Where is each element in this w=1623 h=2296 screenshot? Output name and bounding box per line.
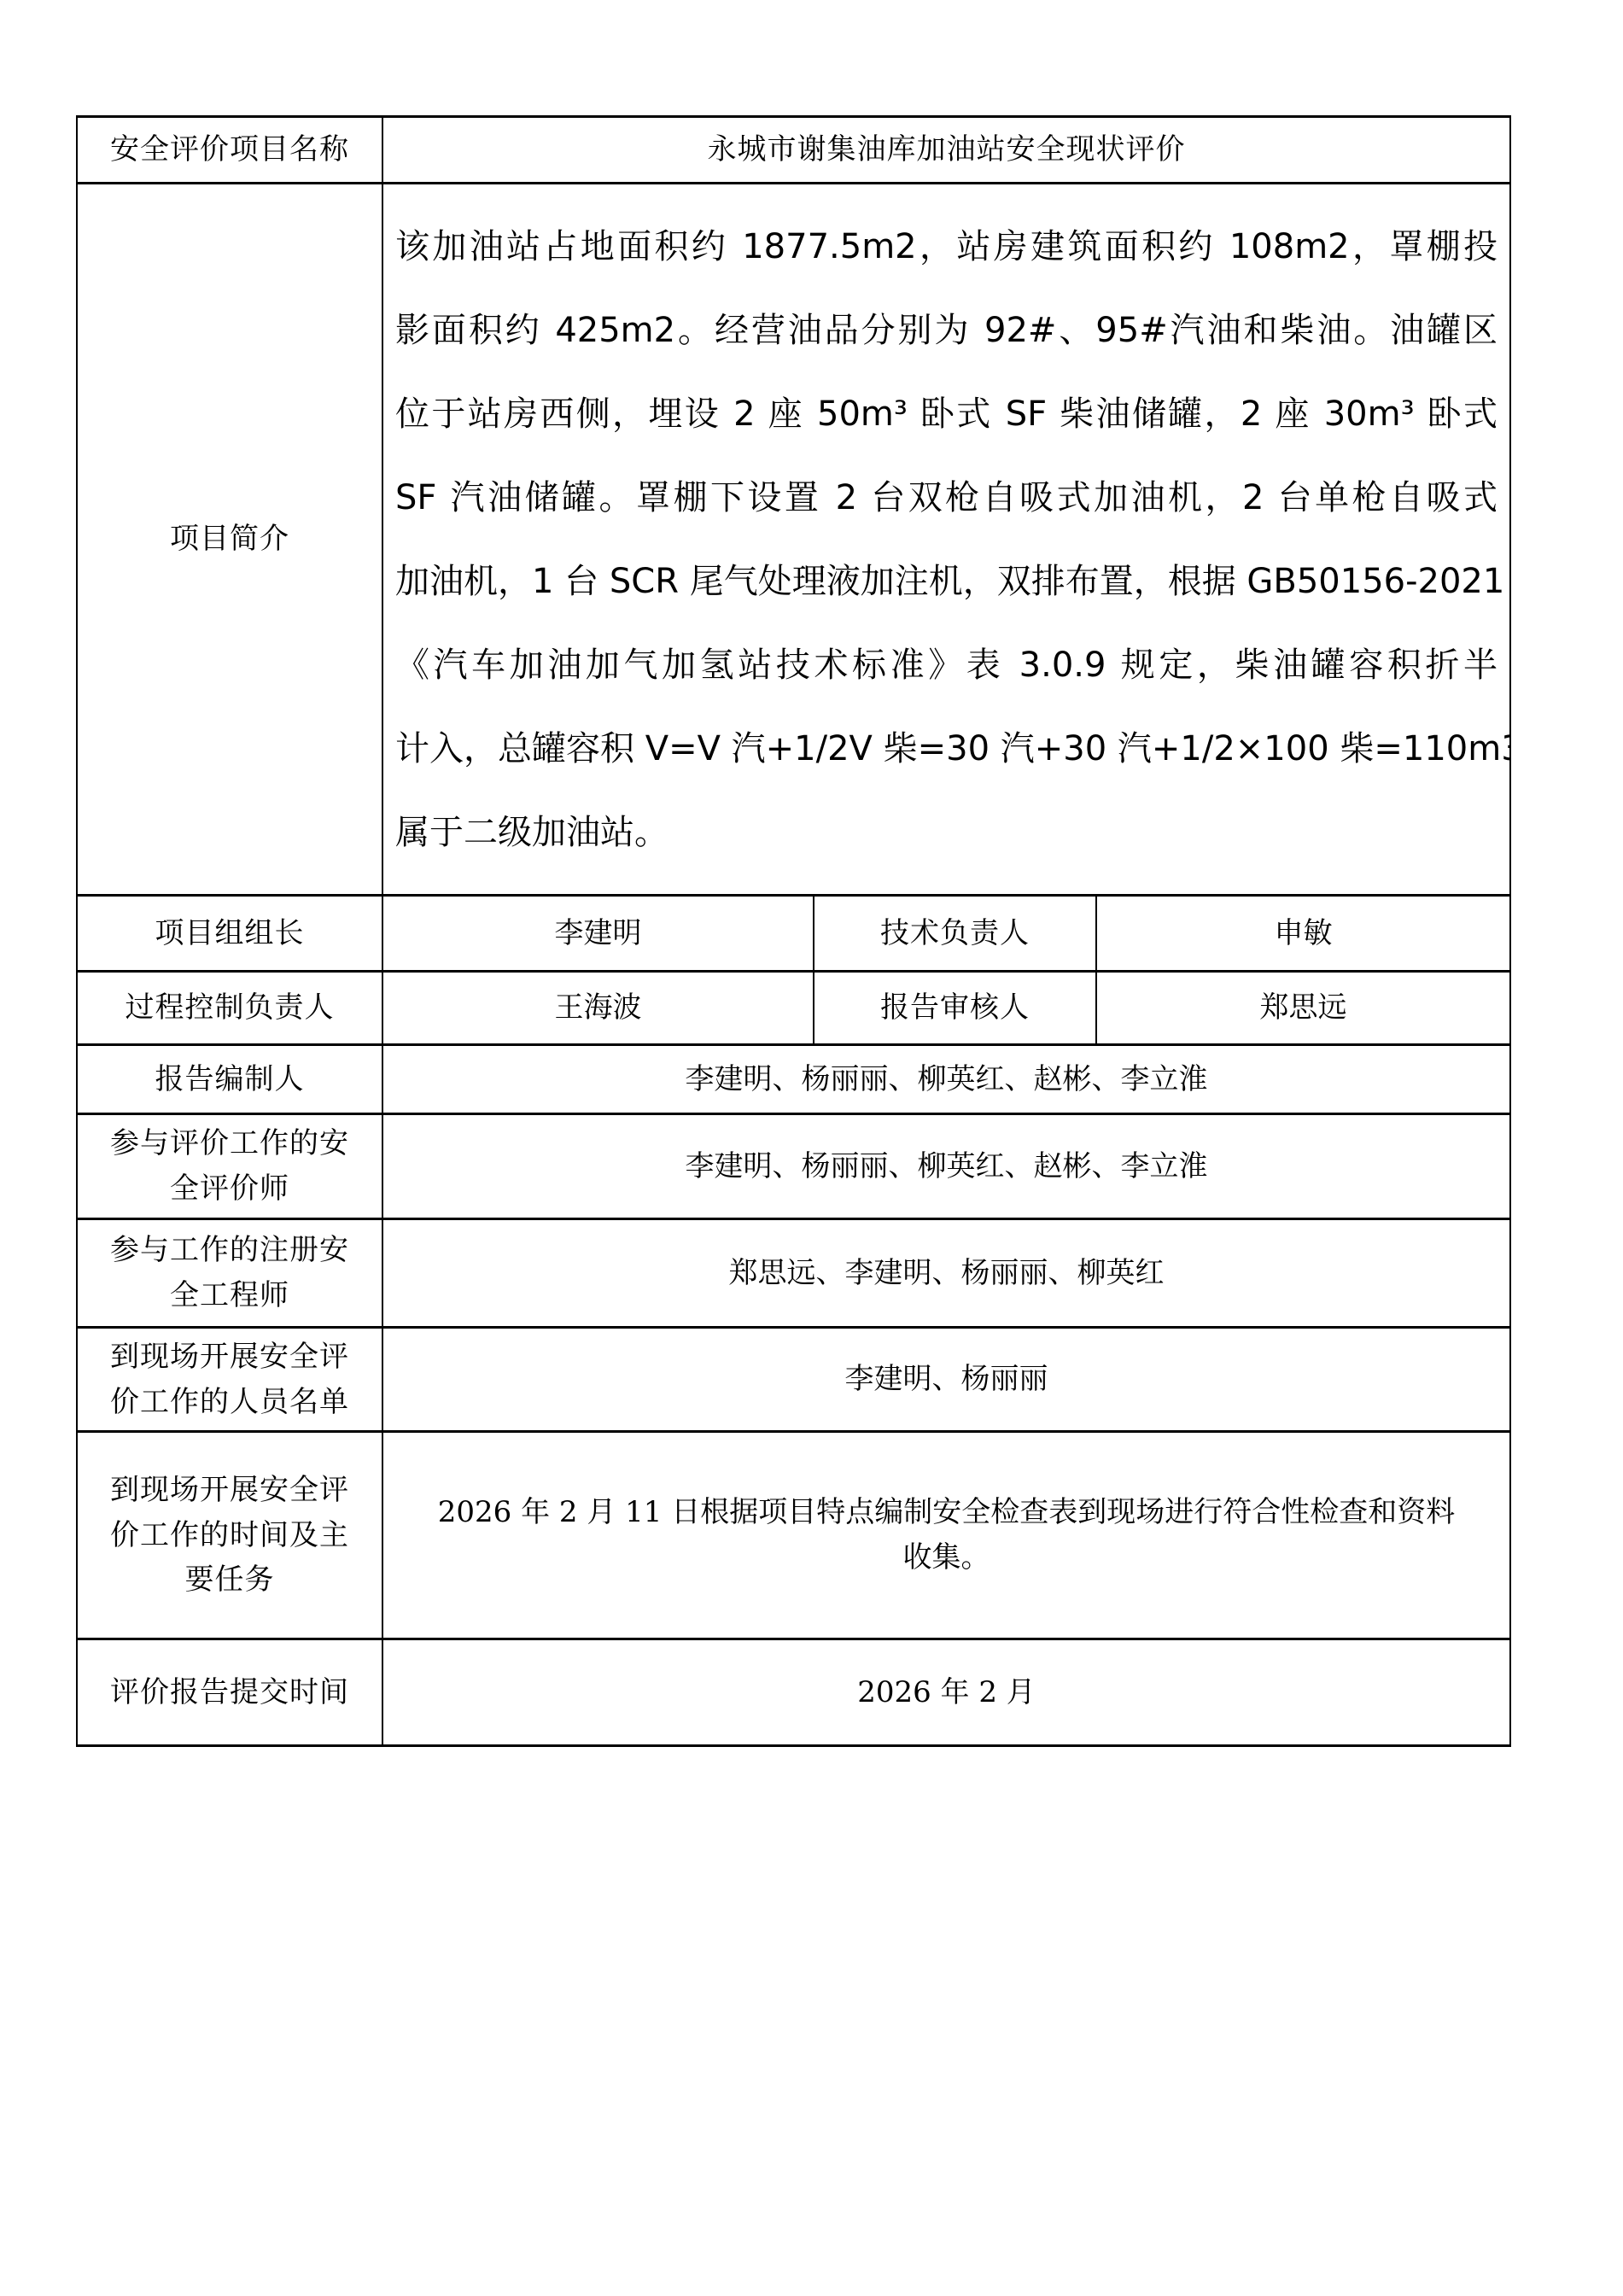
report-reviewer-value: 郑思远	[1096, 972, 1510, 1045]
table-row-project-intro: 项目简介 该加油站占地面积约 1877.5m2，站房建筑面积约 108m2，罩棚…	[77, 184, 1510, 896]
tech-lead-value: 申敏	[1096, 896, 1510, 972]
table-row-safety-evaluators: 参与评价工作的安 全评价师 李建明、杨丽丽、柳英红、赵彬、李立淮	[77, 1114, 1510, 1219]
project-name-label: 安全评价项目名称	[77, 117, 382, 184]
project-intro-cell: 该加油站占地面积约 1877.5m2，站房建筑面积约 108m2，罩棚投影面积约…	[382, 184, 1510, 896]
table-row-site-personnel: 到现场开展安全评 价工作的人员名单 李建明、杨丽丽	[77, 1328, 1510, 1432]
project-intro-line: SF 汽油储罐。罩棚下设置 2 台双枪自吸式加油机，2 台单枪自吸式	[395, 456, 1497, 540]
site-schedule-label: 到现场开展安全评 价工作的时间及主 要任务	[77, 1432, 382, 1639]
table-row-process-review: 过程控制负责人 王海波 报告审核人 郑思远	[77, 972, 1510, 1045]
report-writers-value: 李建明、杨丽丽、柳英红、赵彬、李立淮	[382, 1045, 1510, 1114]
project-intro-line: 该加油站占地面积约 1877.5m2，站房建筑面积约 108m2，罩棚投	[395, 205, 1497, 289]
project-intro-line: 属于二级加油站。	[395, 791, 1497, 874]
table-row-team-leads: 项目组组长 李建明 技术负责人 申敏	[77, 896, 1510, 972]
project-intro-label: 项目简介	[77, 184, 382, 896]
process-control-label: 过程控制负责人	[77, 972, 382, 1045]
project-intro-text: 该加油站占地面积约 1877.5m2，站房建筑面积约 108m2，罩棚投影面积约…	[395, 205, 1497, 874]
safety-evaluators-value: 李建明、杨丽丽、柳英红、赵彬、李立淮	[382, 1114, 1510, 1219]
table-row-site-schedule: 到现场开展安全评 价工作的时间及主 要任务 2026 年 2 月 11 日根据项…	[77, 1432, 1510, 1639]
submission-time-label: 评价报告提交时间	[77, 1639, 382, 1746]
report-writers-label: 报告编制人	[77, 1045, 382, 1114]
project-intro-line: 影面积约 425m2。经营油品分别为 92#、95#汽油和柴油。油罐区	[395, 289, 1497, 372]
project-intro-line: 计入，总罐容积 V=V 汽+1/2V 柴=30 汽+30 汽+1/2×100 柴…	[395, 707, 1497, 791]
team-lead-label: 项目组组长	[77, 896, 382, 972]
site-schedule-value: 2026 年 2 月 11 日根据项目特点编制安全检查表到现场进行符合性检查和资…	[382, 1432, 1510, 1639]
project-intro-line: 加油机，1 台 SCR 尾气处理液加注机，双排布置，根据 GB50156-202…	[395, 540, 1497, 623]
team-lead-value: 李建明	[382, 896, 814, 972]
project-intro-line: 《汽车加油加气加氢站技术标准》表 3.0.9 规定，柴油罐容积折半	[395, 623, 1497, 707]
safety-evaluators-label: 参与评价工作的安 全评价师	[77, 1114, 382, 1219]
project-name-value: 永城市谢集油库加油站安全现状评价	[382, 117, 1510, 184]
table-row-registered-engineers: 参与工作的注册安 全工程师 郑思远、李建明、杨丽丽、柳英红	[77, 1219, 1510, 1328]
safety-evaluation-table: 安全评价项目名称 永城市谢集油库加油站安全现状评价 项目简介 该加油站占地面积约…	[76, 115, 1511, 1747]
site-personnel-label: 到现场开展安全评 价工作的人员名单	[77, 1328, 382, 1432]
project-intro-line: 位于站房西侧，埋设 2 座 50m³ 卧式 SF 柴油储罐，2 座 30m³ 卧…	[395, 372, 1497, 456]
site-personnel-value: 李建明、杨丽丽	[382, 1328, 1510, 1432]
table-row-project-name: 安全评价项目名称 永城市谢集油库加油站安全现状评价	[77, 117, 1510, 184]
tech-lead-label: 技术负责人	[814, 896, 1096, 972]
process-control-value: 王海波	[382, 972, 814, 1045]
registered-engineers-label: 参与工作的注册安 全工程师	[77, 1219, 382, 1328]
table-row-submission-time: 评价报告提交时间 2026 年 2 月	[77, 1639, 1510, 1746]
report-reviewer-label: 报告审核人	[814, 972, 1096, 1045]
submission-time-value: 2026 年 2 月	[382, 1639, 1510, 1746]
table-row-report-writers: 报告编制人 李建明、杨丽丽、柳英红、赵彬、李立淮	[77, 1045, 1510, 1114]
document-page: 安全评价项目名称 永城市谢集油库加油站安全现状评价 项目简介 该加油站占地面积约…	[0, 0, 1623, 2296]
registered-engineers-value: 郑思远、李建明、杨丽丽、柳英红	[382, 1219, 1510, 1328]
